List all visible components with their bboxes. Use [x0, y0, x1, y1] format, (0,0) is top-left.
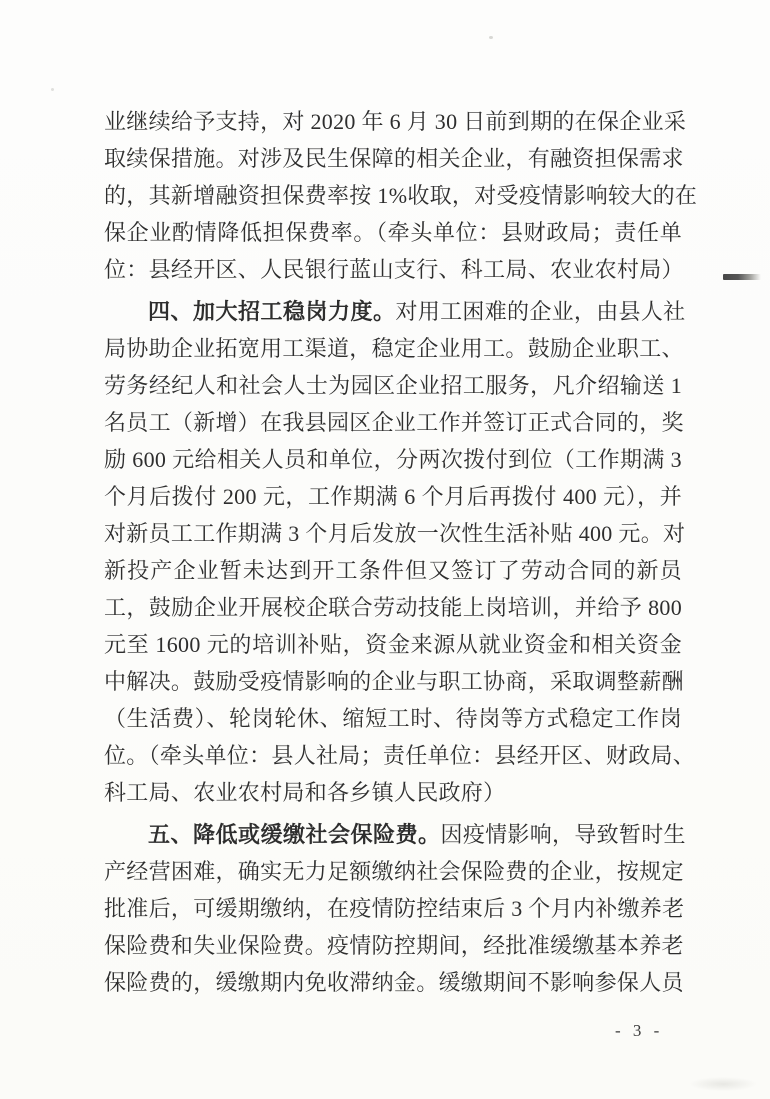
text-line: 的，其新增融资担保费率按 1%收取，对受疫情影响较大的在 — [104, 177, 682, 214]
document-page: 业继续给予支持，对 2020 年 6 月 30 日前到期的在保企业采取续保措施。… — [0, 0, 770, 1099]
text-line: （生活费）、轮岗轮休、缩短工时、待岗等方式稳定工作岗 — [104, 700, 682, 737]
text-line: 名员工（新增）在我县园区企业工作并签订正式合同的，奖 — [104, 404, 682, 441]
scan-artifact-dash — [723, 274, 761, 280]
text-line: 保险费和失业保险费。疫情防控期间，经批准缓缴基本养老 — [104, 927, 682, 964]
text-line: 新投产企业暂未达到开工条件但又签订了劳动合同的新员 — [104, 552, 682, 589]
section-heading: 四、加大招工稳岗力度。 — [148, 299, 396, 324]
text-line: 元至 1600 元的培训补贴，资金来源从就业资金和相关资金 — [104, 626, 682, 663]
text-line: 工，鼓励企业开展校企联合劳动技能上岗培训，并给予 800 — [104, 589, 682, 626]
text-line: 劳务经纪人和社会人士为园区企业招工服务，凡介绍输送 1 — [104, 367, 682, 404]
text-line: 中解决。鼓励受疫情影响的企业与职工协商，采取调整薪酬 — [104, 663, 682, 700]
document-text: 业继续给予支持，对 2020 年 6 月 30 日前到期的在保企业采取续保措施。… — [104, 103, 682, 1001]
text-line: 励 600 元给相关人员和单位，分两次拨付到位（工作期满 3 — [104, 441, 682, 478]
text-line: 对新员工工作期满 3 个月后发放一次性生活补贴 400 元。对 — [104, 515, 682, 552]
text-line: 科工局、农业农村局和各乡镇人民政府） — [104, 774, 682, 811]
paper-speck — [489, 36, 493, 39]
paragraph: 四、加大招工稳岗力度。对用工困难的企业，由县人社局协助企业拓宽用工渠道，稳定企业… — [104, 293, 682, 811]
text-line: 批准后，可缓期缴纳，在疫情防控结束后 3 个月内补缴养老 — [104, 890, 682, 927]
paragraph: 业继续给予支持，对 2020 年 6 月 30 日前到期的在保企业采取续保措施。… — [104, 103, 682, 288]
text-line: 位。（牵头单位：县人社局；责任单位：县经开区、财政局、 — [104, 737, 682, 774]
text-line: 个月后拨付 200 元，工作期满 6 个月后再拨付 400 元），并 — [104, 478, 682, 515]
text-line: 位：县经开区、人民银行蓝山支行、科工局、农业农村局） — [104, 251, 682, 288]
page-number: - 3 - — [615, 1020, 663, 1042]
paper-speck — [51, 88, 54, 91]
text-line: 业继续给予支持，对 2020 年 6 月 30 日前到期的在保企业采 — [104, 103, 682, 140]
text-line: 取续保措施。对涉及民生保障的相关企业，有融资担保需求 — [104, 140, 682, 177]
text-line: 产经营困难，确实无力足额缴纳社会保险费的企业，按规定 — [104, 853, 682, 890]
scan-artifact-smudge — [676, 1074, 770, 1094]
section-heading: 五、降低或缓缴社会保险费。 — [148, 822, 441, 847]
text-line: 四、加大招工稳岗力度。对用工困难的企业，由县人社 — [104, 293, 682, 330]
text-line: 局协助企业拓宽用工渠道，稳定企业用工。鼓励企业职工、 — [104, 330, 682, 367]
text-line: 保险费的，缓缴期内免收滞纳金。缓缴期间不影响参保人员 — [104, 964, 682, 1001]
paragraph: 五、降低或缓缴社会保险费。因疫情影响，导致暂时生产经营困难，确实无力足额缴纳社会… — [104, 816, 682, 1001]
text-line: 五、降低或缓缴社会保险费。因疫情影响，导致暂时生 — [104, 816, 682, 853]
text-line: 保企业酌情降低担保费率。（牵头单位：县财政局；责任单 — [104, 214, 682, 251]
